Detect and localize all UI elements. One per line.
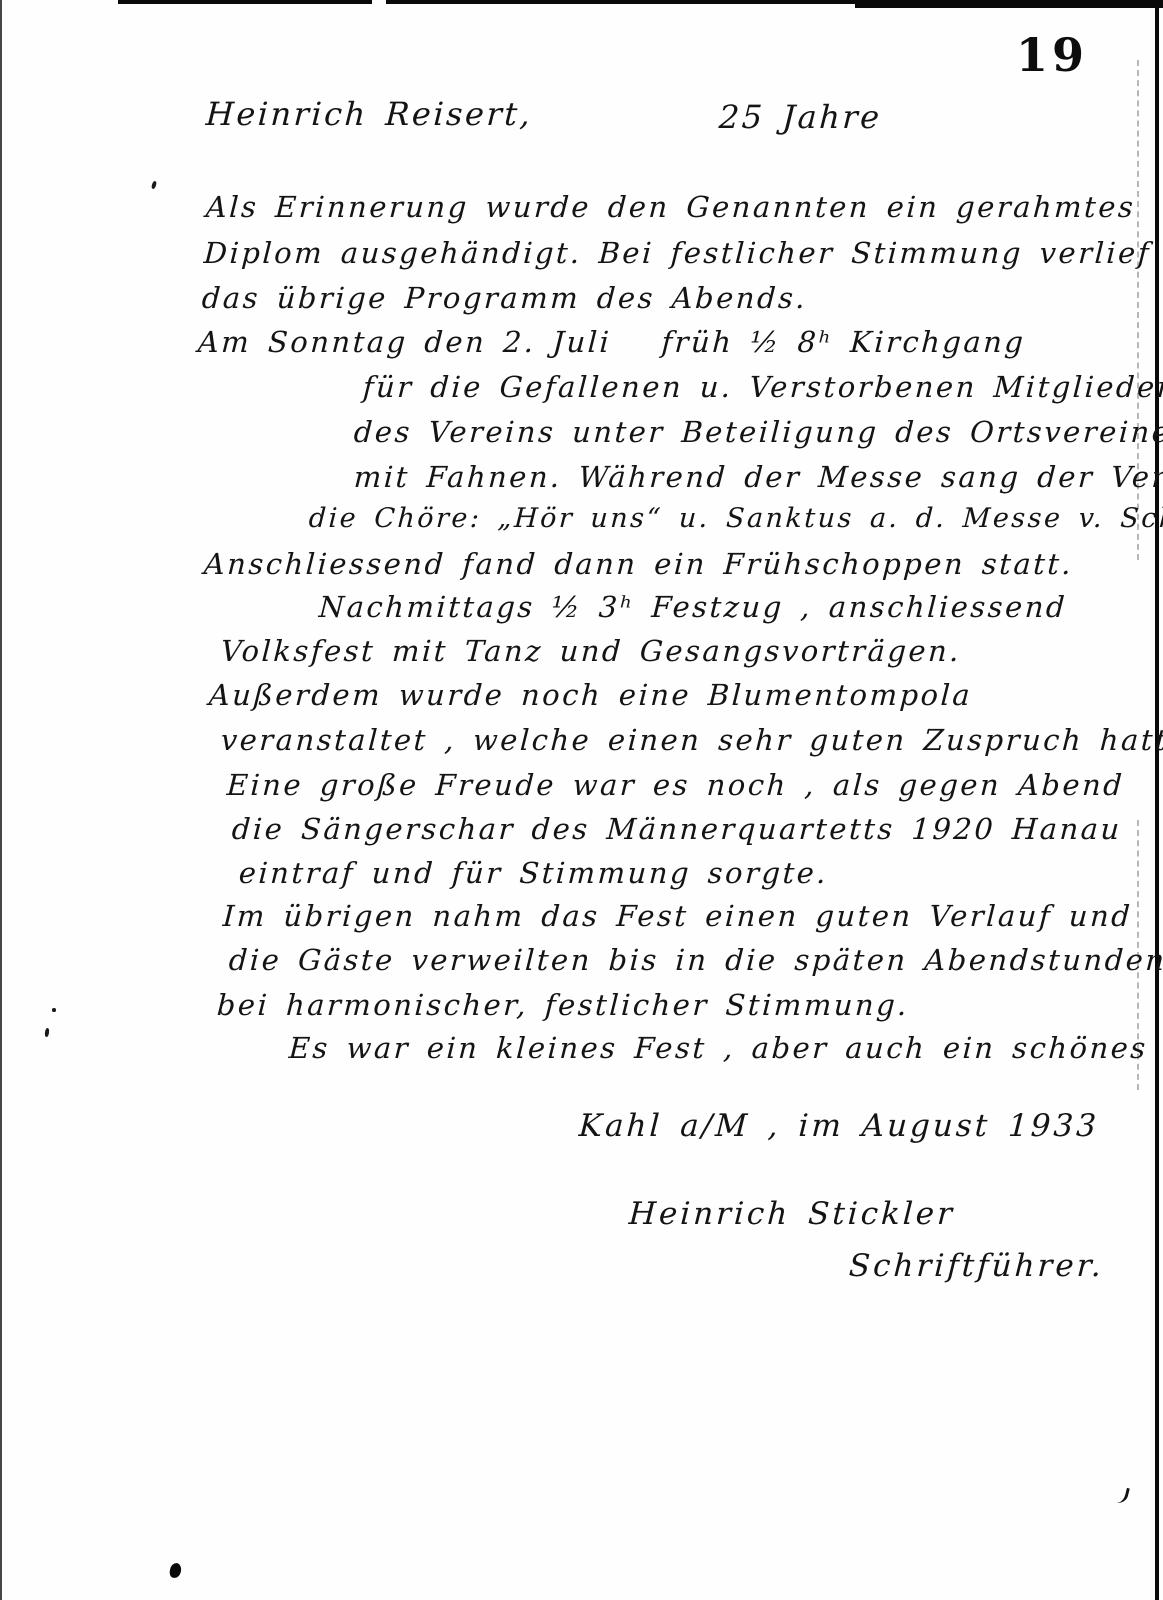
manuscript-line: für die Gefallenen u. Verstorbenen Mitgl… [362,370,1163,404]
manuscript-line: Diplom ausgehändigt. Bei festlicher Stim… [203,236,1152,270]
manuscript-line: Im übrigen nahm das Fest einen guten Ver… [222,899,1133,933]
scanned-manuscript-page: 19 Heinrich Reisert, 25 Jahre Als Erinne… [0,0,1163,1600]
manuscript-line: mit Fahnen. Während der Messe sang der V… [353,460,1163,494]
ink-speck [52,1008,56,1012]
signatory-name: Heinrich Stickler [628,1196,956,1232]
manuscript-line: bei harmonischer, festlicher Stimmung. [216,988,910,1022]
ink-speck [44,1028,49,1037]
scan-artifact-top-edge [118,0,860,4]
manuscript-line: Anschliessend fand dann ein Frühschoppen… [203,547,1074,581]
entry-jubilee-years: 25 Jahre [718,98,883,136]
manuscript-line: Außerdem wurde noch eine Blumentompola [208,678,973,712]
manuscript-line: Am Sonntag den 2. Juli früh ½ 8ʰ Kirchga… [197,325,1026,359]
place-date-line: Kahl a/M , im August 1933 [578,1108,1100,1144]
manuscript-line: Als Erinnerung wurde den Genannten ein g… [205,190,1136,224]
ink-blot [169,1562,183,1579]
manuscript-line: Nachmittags ½ 3ʰ Festzug , anschliessend [318,590,1068,624]
scan-artifact-top-edge [855,0,1163,8]
manuscript-line: des Vereins unter Beteiligung des Ortsve… [353,415,1163,449]
manuscript-line: Es war ein kleines Fest , aber auch ein … [288,1031,1163,1065]
manuscript-line: die Sängerschar des Männerquartetts 1920… [231,812,1123,846]
manuscript-line: eintraf und für Stimmung sorgte. [238,856,829,890]
manuscript-line: die Chöre: „Hör uns“ u. Sanktus a. d. Me… [308,503,1163,534]
manuscript-line: veranstaltet , welche einen sehr guten Z… [220,723,1163,757]
ink-speck [151,181,157,190]
manuscript-line: das übrige Programm des Abends. [201,281,808,315]
manuscript-line: die Gäste verweilten bis in die späten A… [228,943,1163,977]
entry-honoree-name: Heinrich Reisert, [205,95,533,133]
signatory-role: Schriftführer. [848,1248,1105,1284]
manuscript-line: Eine große Freude war es noch , als gege… [226,768,1125,802]
scan-artifact-left-edge [0,0,2,1600]
manuscript-line: Volksfest mit Tanz und Gesangsvorträgen. [220,634,962,668]
scan-artifact-right-edge [1155,5,1159,1600]
stray-pen-mark [1116,1486,1130,1505]
scan-artifact-top-edge-gap [372,0,386,5]
page-number: 19 [1016,28,1088,82]
